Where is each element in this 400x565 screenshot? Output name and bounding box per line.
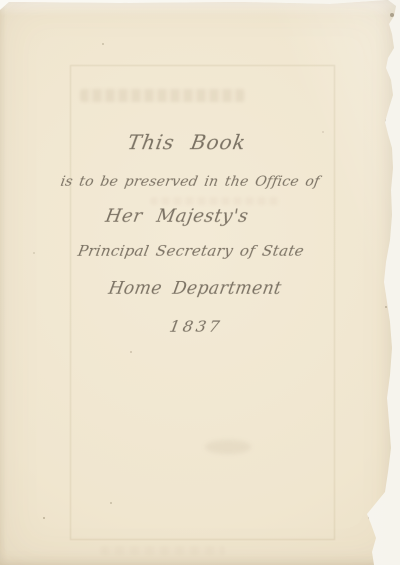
paper-specks [0, 0, 2, 2]
handwritten-inscription: This Book is to be preserved in the Offi… [40, 0, 340, 565]
inscription-line-this-book: This Book [35, 130, 339, 154]
inscription-line-year: 1837 [44, 317, 347, 336]
inscription-line-preserved: is to be preserved in the Office of [39, 174, 342, 190]
inscription-line-home-department: Home Department [43, 279, 347, 299]
inscription-line-principal-secretary: Principal Secretary of State [39, 242, 342, 260]
paper-sheet: This Book is to be preserved in the Offi… [0, 0, 400, 565]
inscription-line-her-majestys: Her Majesty's [25, 206, 329, 227]
scanned-page: This Book is to be preserved in the Offi… [0, 0, 400, 565]
